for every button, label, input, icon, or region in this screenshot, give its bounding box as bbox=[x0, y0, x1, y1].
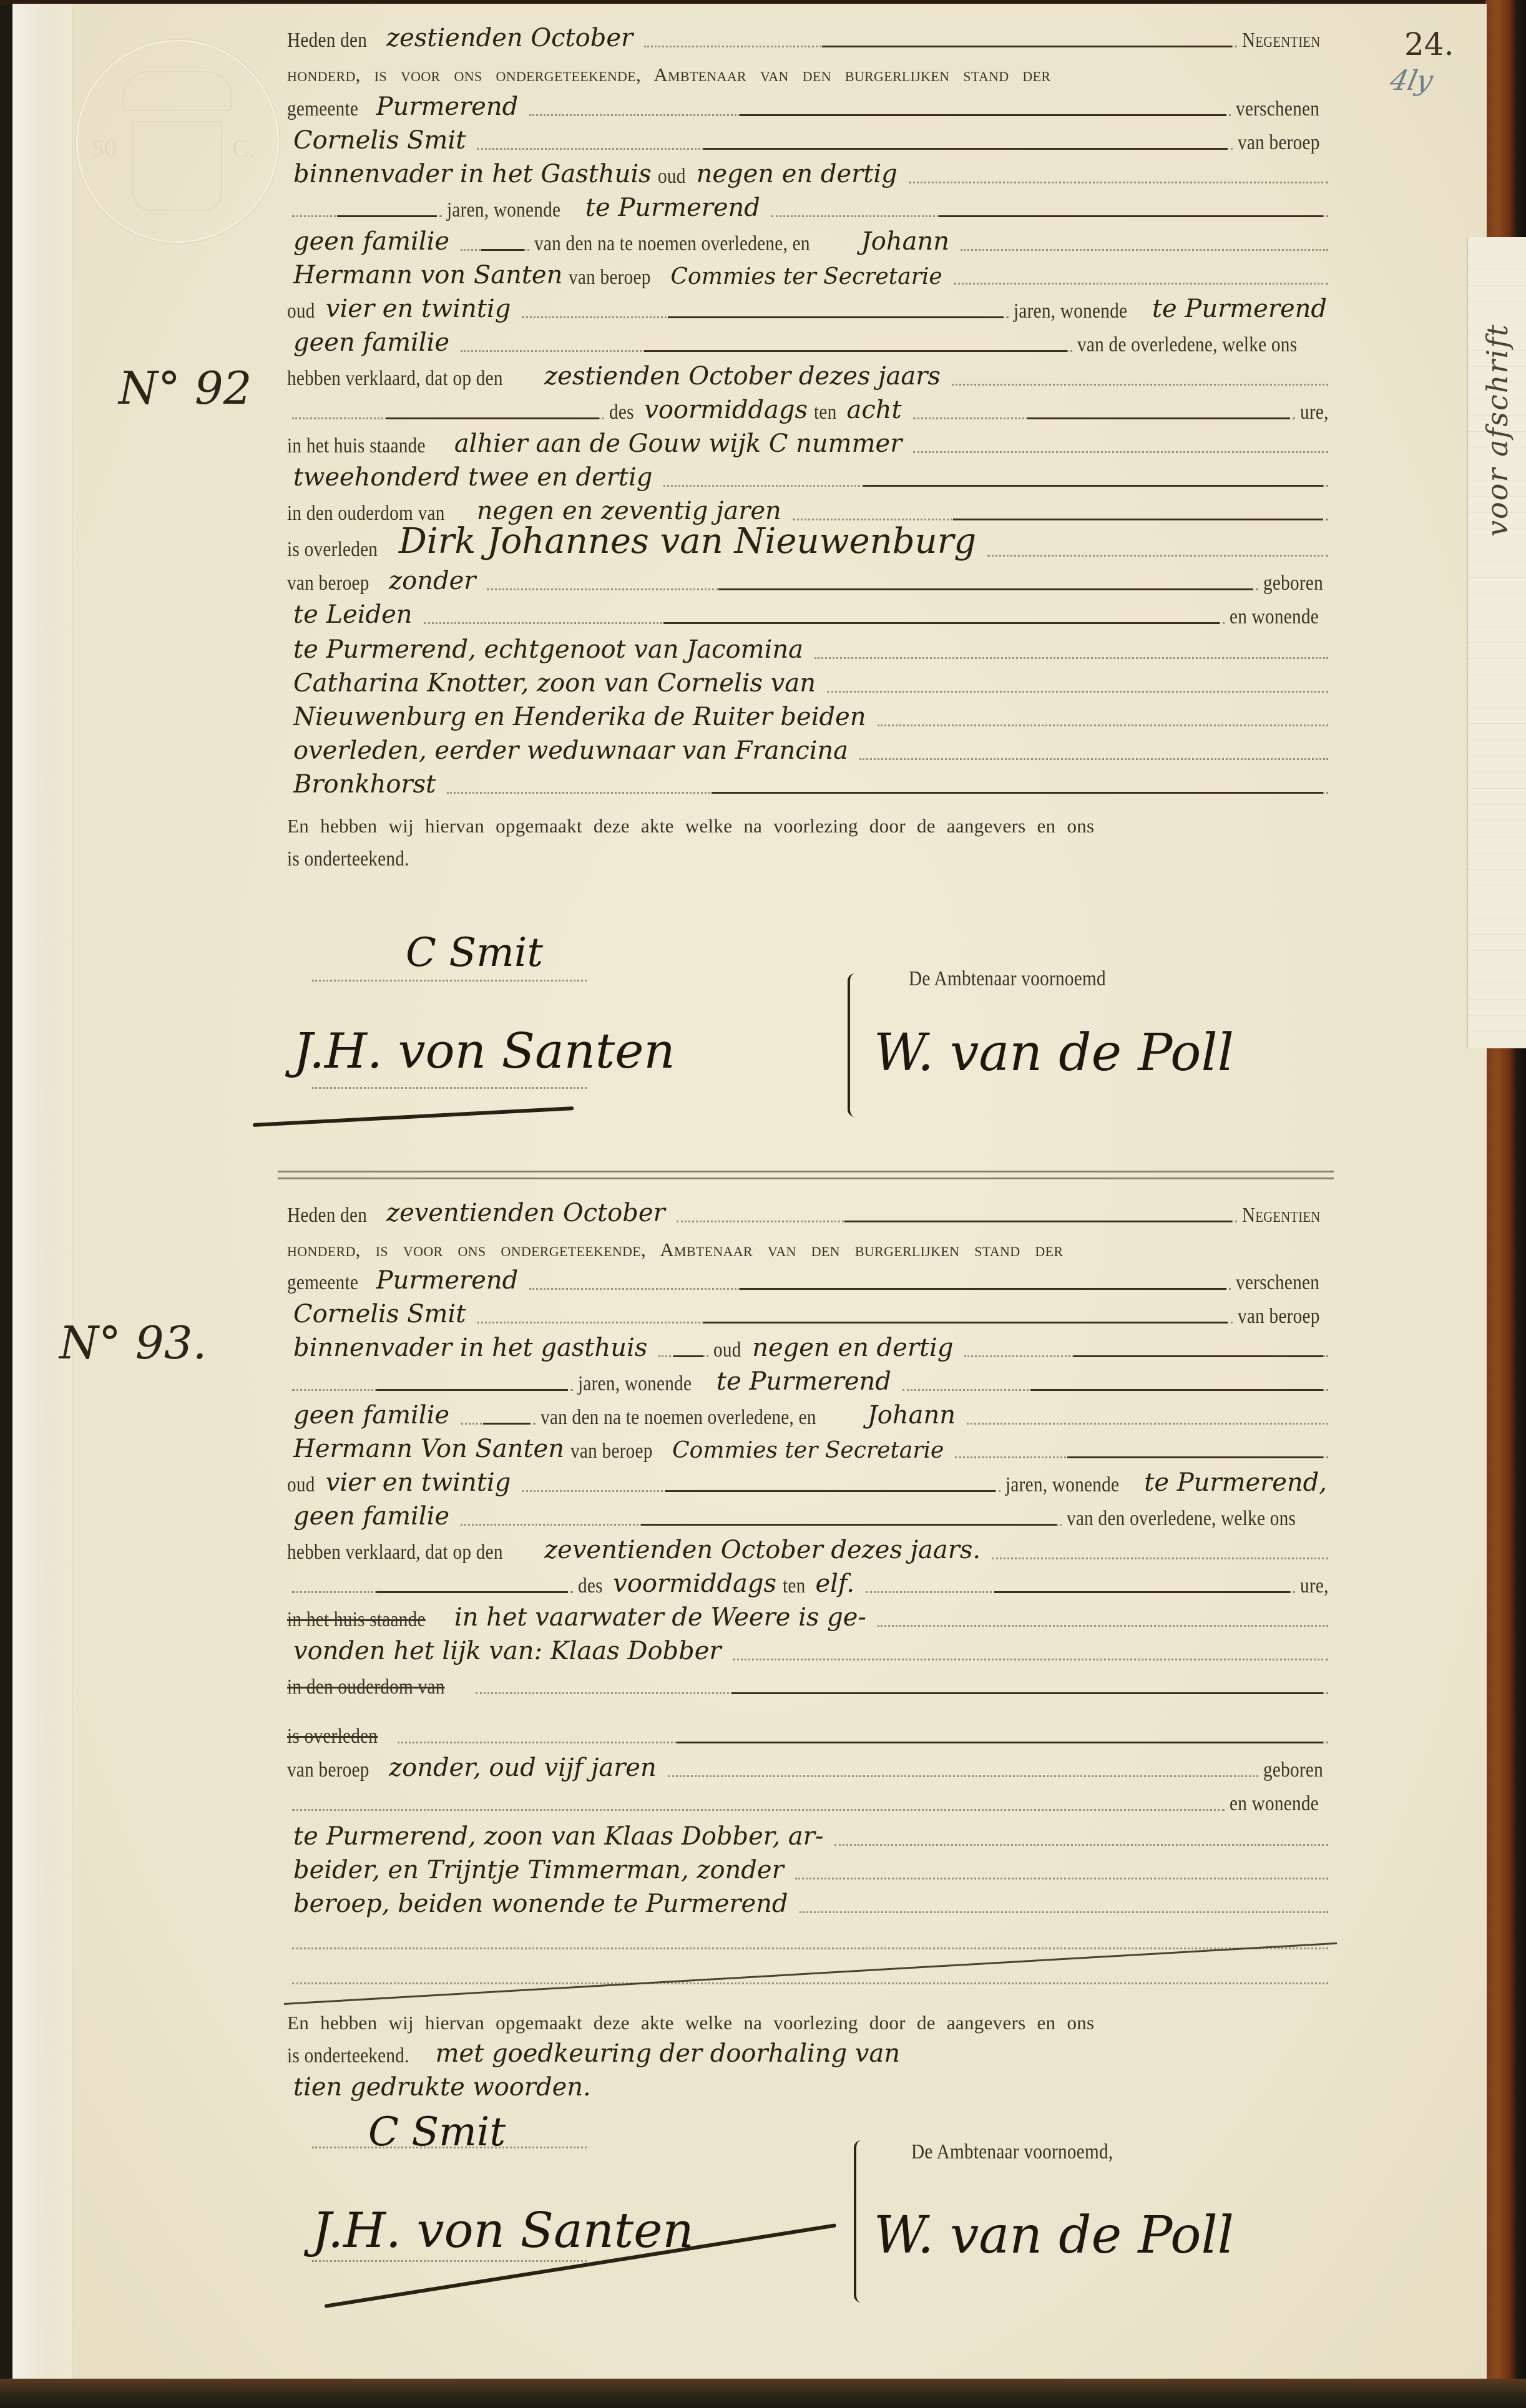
dotted-fill bbox=[529, 1288, 1231, 1290]
act-line-empty bbox=[287, 1922, 1333, 1954]
printed-text: van beroep bbox=[287, 572, 369, 595]
dotted-fill bbox=[461, 1423, 536, 1425]
dotted-fill bbox=[292, 1389, 573, 1391]
struck-printed-text: is overleden bbox=[287, 1725, 378, 1748]
printed-text: gemeente bbox=[287, 97, 358, 121]
act-line: vonden het lijk van: Klaas Dobber bbox=[287, 1633, 1333, 1665]
act-line: geen familie van den na te noemen overle… bbox=[287, 1397, 1333, 1430]
handwritten-municipality: Purmerend bbox=[370, 1266, 525, 1295]
printed-text: oud bbox=[713, 1338, 741, 1362]
act-closing: is onderteekend. met goedkeuring der doo… bbox=[287, 2035, 1333, 2068]
act-line: Catharina Knotter, zoon van Cornelis van bbox=[287, 665, 1333, 698]
act-line: honderd, is voor ons ondergeteekende, Am… bbox=[287, 54, 1333, 86]
handwritten-occupation: Commies ter Secretarie bbox=[664, 264, 948, 290]
act-line: beider, en Trijntje Timmerman, zonder bbox=[287, 1852, 1333, 1884]
act-line: Cornelis Smit van beroep bbox=[287, 122, 1333, 155]
handwritten-relation: geen familie bbox=[287, 1502, 456, 1531]
act-line: is overleden Dirk Johannes van Nieuwenbu… bbox=[287, 529, 1333, 562]
signature-declarant-2: J.H. von Santen bbox=[293, 1023, 675, 1080]
page-gutter bbox=[12, 4, 72, 2380]
struck-printed-text: in den ouderdom van bbox=[287, 1675, 445, 1699]
dotted-fill bbox=[644, 46, 1237, 47]
handwritten-occupation-age: zonder, oud vijf jaren bbox=[383, 1753, 663, 1782]
signature-dotted-line bbox=[312, 2147, 587, 2148]
printed-text: is onderteekend. bbox=[287, 847, 409, 871]
crown-icon bbox=[123, 71, 232, 111]
dotted-fill bbox=[902, 1389, 1328, 1391]
dotted-fill bbox=[987, 555, 1328, 557]
handwritten-details: Nieuwenburg en Henderika de Ruiter beide… bbox=[287, 703, 873, 731]
handwritten-relation: geen familie bbox=[287, 328, 456, 357]
handwritten-hour: acht bbox=[840, 396, 907, 424]
handwritten-hour: elf. bbox=[809, 1569, 861, 1598]
dotted-fill bbox=[668, 1775, 1259, 1777]
printed-text: jaren, wonende bbox=[1014, 300, 1127, 323]
act-line: oud vier en twintig jaren, wonende te Pu… bbox=[287, 291, 1333, 323]
act-line: Hermann Von Santen van beroep Commies te… bbox=[287, 1431, 1333, 1463]
act-line: tweehonderd twee en dertig bbox=[287, 459, 1333, 492]
dotted-fill bbox=[961, 249, 1328, 251]
margin-note-text: voor afschrift bbox=[1480, 250, 1518, 537]
handwritten-declarant-name: Hermann von Santen bbox=[287, 261, 569, 290]
dotted-fill bbox=[522, 1490, 1000, 1492]
handwritten-annotation: tien gedrukte woorden. bbox=[287, 2073, 597, 2102]
official-label: De Ambtenaar voornoemd, bbox=[911, 2140, 1113, 2164]
act-line: in het huis staande alhier aan de Gouw w… bbox=[287, 426, 1333, 458]
inserted-note-strip: voor afschrift bbox=[1467, 237, 1526, 1048]
handwritten-date: zestienden October bbox=[380, 24, 639, 52]
dotted-fill bbox=[658, 1355, 708, 1357]
dotted-fill bbox=[522, 316, 1009, 318]
printed-text: Negentien bbox=[1242, 1204, 1320, 1227]
handwritten-birthplace: te Leiden bbox=[287, 600, 419, 629]
handwritten-occupation: binnenvader in het Gasthuis bbox=[287, 160, 658, 188]
shield-icon bbox=[132, 121, 222, 211]
dotted-fill bbox=[909, 182, 1328, 183]
handwritten-declarant-name: Johann bbox=[855, 227, 956, 256]
dotted-fill bbox=[800, 1911, 1328, 1913]
dotted-fill bbox=[952, 384, 1328, 386]
embossed-seal-icon: 50 C. bbox=[75, 39, 280, 244]
handwritten-address: tweehonderd twee en dertig bbox=[287, 463, 658, 492]
act-line: van beroep zonder geboren bbox=[287, 563, 1333, 595]
printed-text: hebben verklaard, dat op den bbox=[287, 1541, 503, 1564]
dotted-fill bbox=[795, 1878, 1328, 1879]
printed-text: geboren bbox=[1263, 1758, 1323, 1782]
dotted-fill bbox=[954, 283, 1328, 285]
handwritten-age: negen en dertig bbox=[690, 160, 904, 188]
act-line: hebben verklaard, dat op den zeventiende… bbox=[287, 1532, 1333, 1564]
act-line: honderd, is voor ons ondergeteekende, Am… bbox=[287, 1229, 1333, 1261]
printed-text: in het huis staande bbox=[287, 434, 426, 458]
printed-text: en wonende bbox=[1230, 1792, 1319, 1816]
act-line: Heden den zestienden October Negentien bbox=[287, 20, 1333, 52]
dotted-fill bbox=[477, 1322, 1233, 1323]
handwritten-date: zeventienden October bbox=[380, 1199, 672, 1227]
dotted-fill bbox=[913, 417, 1295, 419]
dotted-fill bbox=[292, 1809, 1225, 1811]
printed-text: jaren, wonende bbox=[578, 1372, 692, 1396]
printed-text: is onderteekend. bbox=[287, 2044, 409, 2068]
dotted-fill bbox=[992, 1557, 1328, 1559]
printed-text: van beroep bbox=[570, 1440, 653, 1463]
signature-official: W. van de Poll bbox=[874, 1023, 1234, 1083]
act-line: van beroep zonder, oud vijf jaren gebore… bbox=[287, 1750, 1333, 1782]
dotted-fill bbox=[878, 1625, 1328, 1627]
handwritten-occupation: binnenvader in het gasthuis bbox=[287, 1333, 653, 1362]
handwritten-details: te Purmerend, zoon van Klaas Dobber, ar- bbox=[287, 1822, 829, 1851]
printed-text: jaren, wonende bbox=[447, 198, 560, 222]
act-line: jaren, wonende te Purmerend bbox=[287, 190, 1333, 222]
dotted-fill bbox=[913, 451, 1328, 453]
signature-declarant-2: J.H. von Santen bbox=[312, 2203, 694, 2259]
act-line: Heden den zeventienden October Negentien bbox=[287, 1195, 1333, 1227]
dotted-fill bbox=[292, 215, 442, 217]
handwritten-residence: te Purmerend bbox=[710, 1367, 898, 1396]
printed-text: Heden den bbox=[287, 29, 367, 52]
signature-dotted-line bbox=[312, 1087, 587, 1089]
act-divider bbox=[278, 1171, 1334, 1179]
printed-text: Negentien bbox=[1242, 29, 1320, 52]
signature-dotted-line bbox=[312, 2260, 587, 2262]
book-binding-bottom bbox=[0, 2379, 1526, 2408]
act-closing: En hebben wij hiervan opgemaakt deze akt… bbox=[287, 805, 1333, 837]
dotted-fill bbox=[461, 350, 1072, 352]
dotted-fill bbox=[878, 724, 1328, 726]
act-line: geen familie van den na te noemen overle… bbox=[287, 223, 1333, 256]
printed-text: geboren bbox=[1263, 572, 1323, 595]
dotted-fill bbox=[477, 148, 1233, 150]
dotted-fill bbox=[834, 1844, 1328, 1846]
printed-text: van beroep bbox=[569, 266, 651, 290]
handwritten-daypart: voormiddags bbox=[607, 1569, 783, 1598]
printed-text: van de overledene, welke ons bbox=[1077, 333, 1297, 357]
dotted-fill bbox=[866, 1591, 1295, 1593]
handwritten-address: alhier aan de Gouw wijk C nummer bbox=[448, 429, 909, 458]
handwritten-death-date: zestienden October dezes jaars bbox=[538, 362, 947, 391]
act-closing: tien gedrukte woorden. bbox=[287, 2069, 1333, 2102]
printed-text: oud bbox=[287, 300, 315, 323]
dotted-fill bbox=[461, 1524, 1062, 1526]
dotted-fill bbox=[859, 758, 1328, 760]
dotted-fill bbox=[292, 417, 604, 419]
act-line: Bronkhorst bbox=[287, 766, 1333, 799]
dotted-fill bbox=[827, 691, 1328, 693]
printed-text: En hebben wij hiervan opgemaakt deze akt… bbox=[287, 815, 1094, 837]
act-line: gemeente Purmerend verschenen bbox=[287, 89, 1333, 121]
dotted-fill bbox=[967, 1423, 1328, 1425]
handwritten-declarant-name: Hermann Von Santen bbox=[287, 1435, 570, 1463]
brace-divider bbox=[848, 973, 863, 1117]
act-line: in den ouderdom van bbox=[287, 1667, 1333, 1699]
act-line: binnenvader in het gasthuis oud negen en… bbox=[287, 1330, 1333, 1362]
signature-dotted-line bbox=[312, 980, 587, 982]
printed-text: jaren, wonende bbox=[1005, 1473, 1119, 1497]
printed-text: oud bbox=[658, 165, 686, 188]
printed-text: ten bbox=[814, 401, 836, 424]
handwritten-details: Catharina Knotter, zoon van Cornelis van bbox=[287, 669, 822, 698]
printed-text: des bbox=[609, 401, 634, 424]
dotted-fill bbox=[487, 588, 1258, 590]
handwritten-relation: geen familie bbox=[287, 1401, 456, 1430]
printed-text: ure, bbox=[1300, 401, 1329, 424]
printed-text: van den overledene, welke ons bbox=[1067, 1507, 1296, 1531]
seal-value-left: 50 bbox=[92, 134, 117, 163]
act-line: en wonende bbox=[287, 1783, 1333, 1816]
dotted-fill bbox=[677, 1221, 1237, 1222]
printed-text: is overleden bbox=[287, 538, 378, 562]
handwritten-relation: geen familie bbox=[287, 227, 456, 256]
act-line: hebben verklaard, dat op den zestienden … bbox=[287, 358, 1333, 391]
printed-text: van beroep bbox=[1238, 1305, 1320, 1328]
official-label: De Ambtenaar voornoemd bbox=[909, 967, 1106, 991]
handwritten-occupation: Commies ter Secretarie bbox=[666, 1438, 950, 1463]
act-line: Cornelis Smit van beroep bbox=[287, 1296, 1333, 1328]
dotted-fill bbox=[964, 1355, 1328, 1357]
act-number: N° 92 bbox=[119, 362, 252, 414]
signature-declarant-1: C Smit bbox=[406, 930, 543, 976]
handwritten-daypart: voormiddags bbox=[638, 396, 814, 424]
dotted-fill bbox=[447, 792, 1328, 794]
act-line: gemeente Purmerend verschenen bbox=[287, 1262, 1333, 1295]
handwritten-details: overleden, eerder weduwnaar van Francina bbox=[287, 736, 854, 765]
dotted-fill bbox=[771, 215, 1328, 217]
printed-text: oud bbox=[287, 1473, 315, 1497]
printed-text: verschenen bbox=[1236, 97, 1319, 121]
handwritten-residence: te Purmerend, bbox=[1138, 1468, 1333, 1497]
printed-text: ten bbox=[783, 1574, 805, 1598]
handwritten-death-date: zeventienden October dezes jaars. bbox=[538, 1536, 987, 1564]
handwritten-declarant-name: Cornelis Smit bbox=[287, 126, 472, 155]
act-line: overleden, eerder weduwnaar van Francina bbox=[287, 733, 1333, 765]
printed-text: des bbox=[578, 1574, 603, 1598]
handwritten-residence: te Purmerend bbox=[1146, 295, 1333, 323]
printed-text: van beroep bbox=[1238, 131, 1320, 155]
dotted-fill bbox=[424, 622, 1225, 624]
act-line: geen familie van den overledene, welke o… bbox=[287, 1498, 1333, 1531]
handwritten-details: beider, en Trijntje Timmerman, zonder bbox=[287, 1856, 790, 1884]
act-closing: is onderteekend. bbox=[287, 839, 1333, 871]
printed-text: hebben verklaard, dat op den bbox=[287, 367, 503, 391]
printed-text: Heden den bbox=[287, 1204, 367, 1227]
act-closing: En hebben wij hiervan opgemaakt deze akt… bbox=[287, 2002, 1333, 2034]
act-number: N° 93. bbox=[59, 1317, 207, 1369]
handwritten-deceased-name: vonden het lijk van: Klaas Dobber bbox=[287, 1637, 728, 1665]
folio-number: 24. bbox=[1404, 26, 1454, 62]
handwritten-declarant-name: Cornelis Smit bbox=[287, 1300, 472, 1328]
act-line: te Leiden en wonende bbox=[287, 597, 1333, 629]
handwritten-deceased-name: Dirk Johannes van Nieuwenburg bbox=[393, 521, 982, 562]
struck-printed-text: in het huis staande bbox=[287, 1608, 426, 1632]
act-line: geen familie van de overledene, welke on… bbox=[287, 324, 1333, 357]
printed-text: van beroep bbox=[287, 1758, 369, 1782]
brace-divider bbox=[854, 2140, 869, 2303]
printed-text: van den na te noemen overledene, en bbox=[534, 232, 810, 256]
seal-value-right: C. bbox=[232, 134, 255, 163]
dotted-fill bbox=[663, 485, 1328, 487]
act-line: te Purmerend, zoon van Klaas Dobber, ar- bbox=[287, 1818, 1333, 1851]
printed-text: honderd, is voor ons ondergeteekende, Am… bbox=[287, 1239, 1063, 1261]
dotted-fill bbox=[461, 249, 529, 251]
act-line: jaren, wonende te Purmerend bbox=[287, 1363, 1333, 1396]
act-line: Hermann von Santen van beroep Commies te… bbox=[287, 257, 1333, 290]
handwritten-age: negen en dertig bbox=[746, 1333, 959, 1362]
dotted-fill bbox=[398, 1742, 1328, 1743]
dotted-fill bbox=[955, 1456, 1328, 1458]
handwritten-details: te Purmerend, echtgenoot van Jacomina bbox=[287, 635, 809, 664]
dotted-fill bbox=[814, 657, 1328, 659]
handwritten-occupation: zonder bbox=[383, 567, 482, 595]
handwritten-annotation: met goedkeuring der doorhaling van bbox=[429, 2039, 907, 2068]
handwritten-declarant-name: Johann bbox=[861, 1401, 962, 1430]
handwritten-location: in het vaarwater de Weere is ge- bbox=[448, 1603, 873, 1632]
act-line: is overleden bbox=[287, 1716, 1333, 1748]
act-line: des voormiddags ten elf. ure, bbox=[287, 1566, 1333, 1598]
handwritten-details: beroep, beiden wonende te Purmerend bbox=[287, 1889, 795, 1918]
handwritten-municipality: Purmerend bbox=[370, 92, 525, 121]
dotted-fill bbox=[793, 519, 1328, 520]
act-line: oud vier en twintig jaren, wonende te Pu… bbox=[287, 1465, 1333, 1497]
printed-text: verschenen bbox=[1236, 1271, 1319, 1295]
handwritten-age: vier en twintig bbox=[320, 1468, 517, 1497]
act-line: Nieuwenburg en Henderika de Ruiter beide… bbox=[287, 699, 1333, 731]
handwritten-residence: te Purmerend bbox=[579, 193, 766, 222]
handwritten-age: vier en twintig bbox=[320, 295, 517, 323]
dotted-fill bbox=[292, 1982, 1328, 1984]
printed-text: van den na te noemen overledene, en bbox=[540, 1406, 816, 1430]
act-line: te Purmerend, echtgenoot van Jacomina bbox=[287, 631, 1333, 664]
printed-text: En hebben wij hiervan opgemaakt deze akt… bbox=[287, 2012, 1094, 2034]
printed-text: en wonende bbox=[1230, 605, 1319, 629]
act-line: beroep, beiden wonende te Purmerend bbox=[287, 1886, 1333, 1918]
dotted-fill bbox=[733, 1659, 1328, 1660]
dotted-fill bbox=[476, 1692, 1328, 1694]
folio-mark: 4ly bbox=[1387, 65, 1436, 97]
act-line: des voormiddags ten acht ure, bbox=[287, 392, 1333, 424]
act-line: binnenvader in het Gasthuis oud negen en… bbox=[287, 156, 1333, 188]
handwritten-details: Bronkhorst bbox=[287, 770, 442, 799]
signature-official: W. van de Poll bbox=[874, 2206, 1234, 2265]
act-line: in het huis staande in het vaarwater de … bbox=[287, 1599, 1333, 1632]
dotted-fill bbox=[292, 1947, 1328, 1949]
printed-text: honderd, is voor ons ondergeteekende, Am… bbox=[287, 64, 1050, 86]
printed-text: ure, bbox=[1300, 1574, 1329, 1598]
printed-text: gemeente bbox=[287, 1271, 358, 1295]
dotted-fill bbox=[292, 1591, 573, 1593]
dotted-fill bbox=[529, 114, 1231, 116]
